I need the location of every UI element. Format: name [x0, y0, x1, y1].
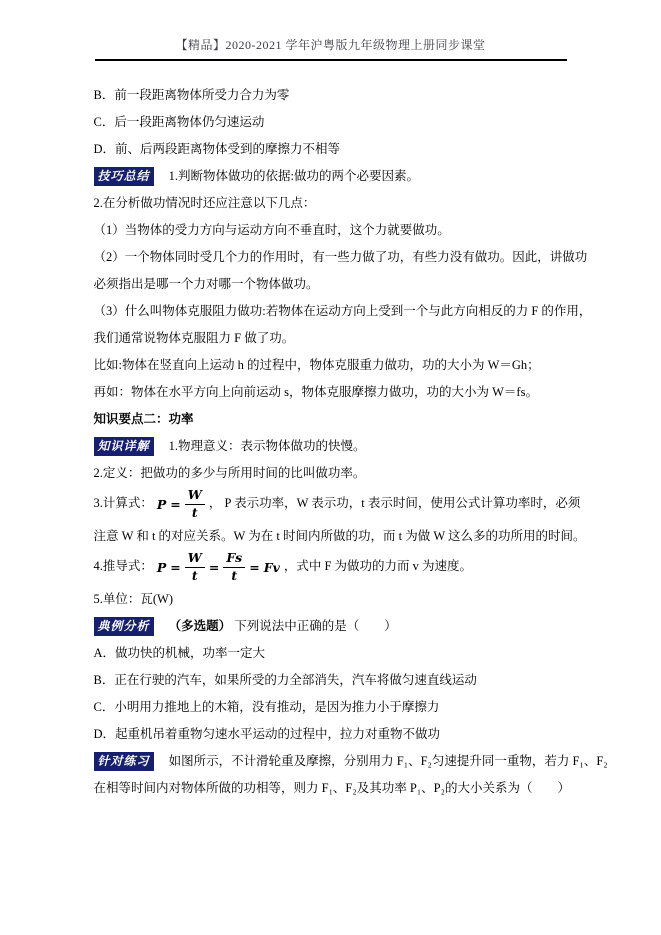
power-meaning: 1.物理意义：表示物体做功的快慢。 [169, 439, 366, 453]
power-detail-row: 知识详解 1.物理意义：表示物体做功的快慢。 [94, 434, 568, 459]
power-calc-label: 3.计算式： [94, 496, 153, 510]
tips-example-gravity: 比如:物体在竖直向上运动 h 的过程中，物体克服重力做功，功的大小为 W＝Gh； [94, 353, 568, 378]
formula-power-equals-work-over-time: P=Wt [155, 488, 207, 520]
example-badge: 典例分析 [94, 617, 154, 636]
example-option-d: D．起重机吊着重物匀速水平运动的过程中，拉力对重物不做功 [94, 722, 568, 747]
example-option-b: B．正在行驶的汽车，如果所受的力全部消失，汽车将做匀速直线运动 [94, 668, 568, 693]
header-title: 【精品】2020-2021 学年沪粤版九年级物理上册同步课堂 [95, 36, 567, 54]
power-calc-rest: ， P 表示功率，W 表示功，t 表示时间，使用公式计算功率时，必须 [209, 496, 581, 510]
power-calc-cont: 注意 W 和 t 的对应关系。W 为在 t 时间内所做的功，而 t 为做 W 这… [94, 524, 568, 549]
tips-intro: 1.判断物体做功的依据:做功的两个必要因素。 [169, 169, 419, 183]
power-definition: 2.定义：把做功的多少与所用时间的比叫做功率。 [94, 461, 568, 486]
tips-badge: 技巧总结 [94, 167, 154, 186]
example-option-a: A．做功快的机械，功率一定大 [94, 641, 568, 666]
practice-line2: 在相等时间内对物体所做的功相等，则力 F₁、F₂及其功率 P₁、P₂的大小关系为… [94, 776, 568, 801]
example-question-type: （多选题） [169, 619, 232, 633]
practice-row: 针对练习 如图所示，不计滑轮重及摩擦，分别用力 F₁、F₂匀速提升同一重物，若力… [94, 749, 568, 774]
power-unit: 5.单位：瓦(W) [94, 587, 568, 612]
example-option-c: C．小明用力推地上的木箱，没有推动，是因为推力小于摩擦力 [94, 695, 568, 720]
tips-point2-line2: 必须指出是哪一个力对哪一个物体做功。 [94, 272, 568, 297]
option-b-friction: B．前一段距离物体所受力合力为零 [94, 83, 568, 108]
option-c-friction: C．后一段距离物体仍匀速运动 [94, 110, 568, 135]
tips-row: 技巧总结 1.判断物体做功的依据:做功的两个必要因素。 [94, 164, 568, 189]
example-row: 典例分析 （多选题） 下列说法中正确的是（ ） [94, 614, 568, 639]
tips-point3-line1: （3）什么叫物体克服阻力做功:若物体在运动方向上受到一个与此方向相反的力 F 的… [94, 299, 568, 324]
tips-example-friction: 再如：物体在水平方向上向前运动 s，物体克服摩擦力做功，功的大小为 W＝fs。 [94, 380, 568, 405]
tips-point2-line1: （2）一个物体同时受几个力的作用时，有一些力做了功，有些力没有做功。因此，讲做功 [94, 245, 568, 270]
tips-point3-line2: 我们通常说物体克服阻力 F 做了功。 [94, 326, 568, 351]
example-stem: 下列说法中正确的是（ ） [234, 619, 397, 633]
knowledge-badge: 知识详解 [94, 437, 154, 456]
option-d-friction: D．前、后两段距离物体受到的摩擦力不相等 [94, 137, 568, 162]
power-derive-label: 4.推导式： [94, 559, 153, 573]
document-page: 【精品】2020-2021 学年沪粤版九年级物理上册同步课堂 B．前一段距离物体… [0, 0, 661, 935]
fraction-fs-over-t: Fst [223, 551, 245, 583]
document-body: B．前一段距离物体所受力合力为零 C．后一段距离物体仍匀速运动 D．前、后两段距… [94, 61, 568, 801]
practice-badge: 针对练习 [94, 752, 154, 771]
section-heading-power: 知识要点二：功率 [94, 407, 568, 432]
tips-note2: 2.在分析做功情况时还应注意以下几点： [94, 191, 568, 216]
fraction-w-over-t: Wt [185, 488, 205, 520]
formula-power-equals-fv: P=Wt=Fst=Fv [155, 551, 282, 583]
page-header: 【精品】2020-2021 学年沪粤版九年级物理上册同步课堂 [95, 0, 567, 61]
power-calc-row: 3.计算式：P=Wt， P 表示功率，W 表示功，t 表示时间，使用公式计算功率… [94, 488, 568, 520]
power-derive-rest: ，式中 F 为做功的力而 v 为速度。 [284, 559, 472, 573]
practice-line1: 如图所示，不计滑轮重及摩擦，分别用力 F₁、F₂匀速提升同一重物，若力 F₁、F… [169, 754, 608, 768]
fraction-w-over-t: Wt [185, 551, 205, 583]
power-derive-row: 4.推导式：P=Wt=Fst=Fv，式中 F 为做功的力而 v 为速度。 [94, 551, 568, 583]
tips-point1: （1）当物体的受力方向与运动方向不垂直时，这个力就要做功。 [94, 218, 568, 243]
